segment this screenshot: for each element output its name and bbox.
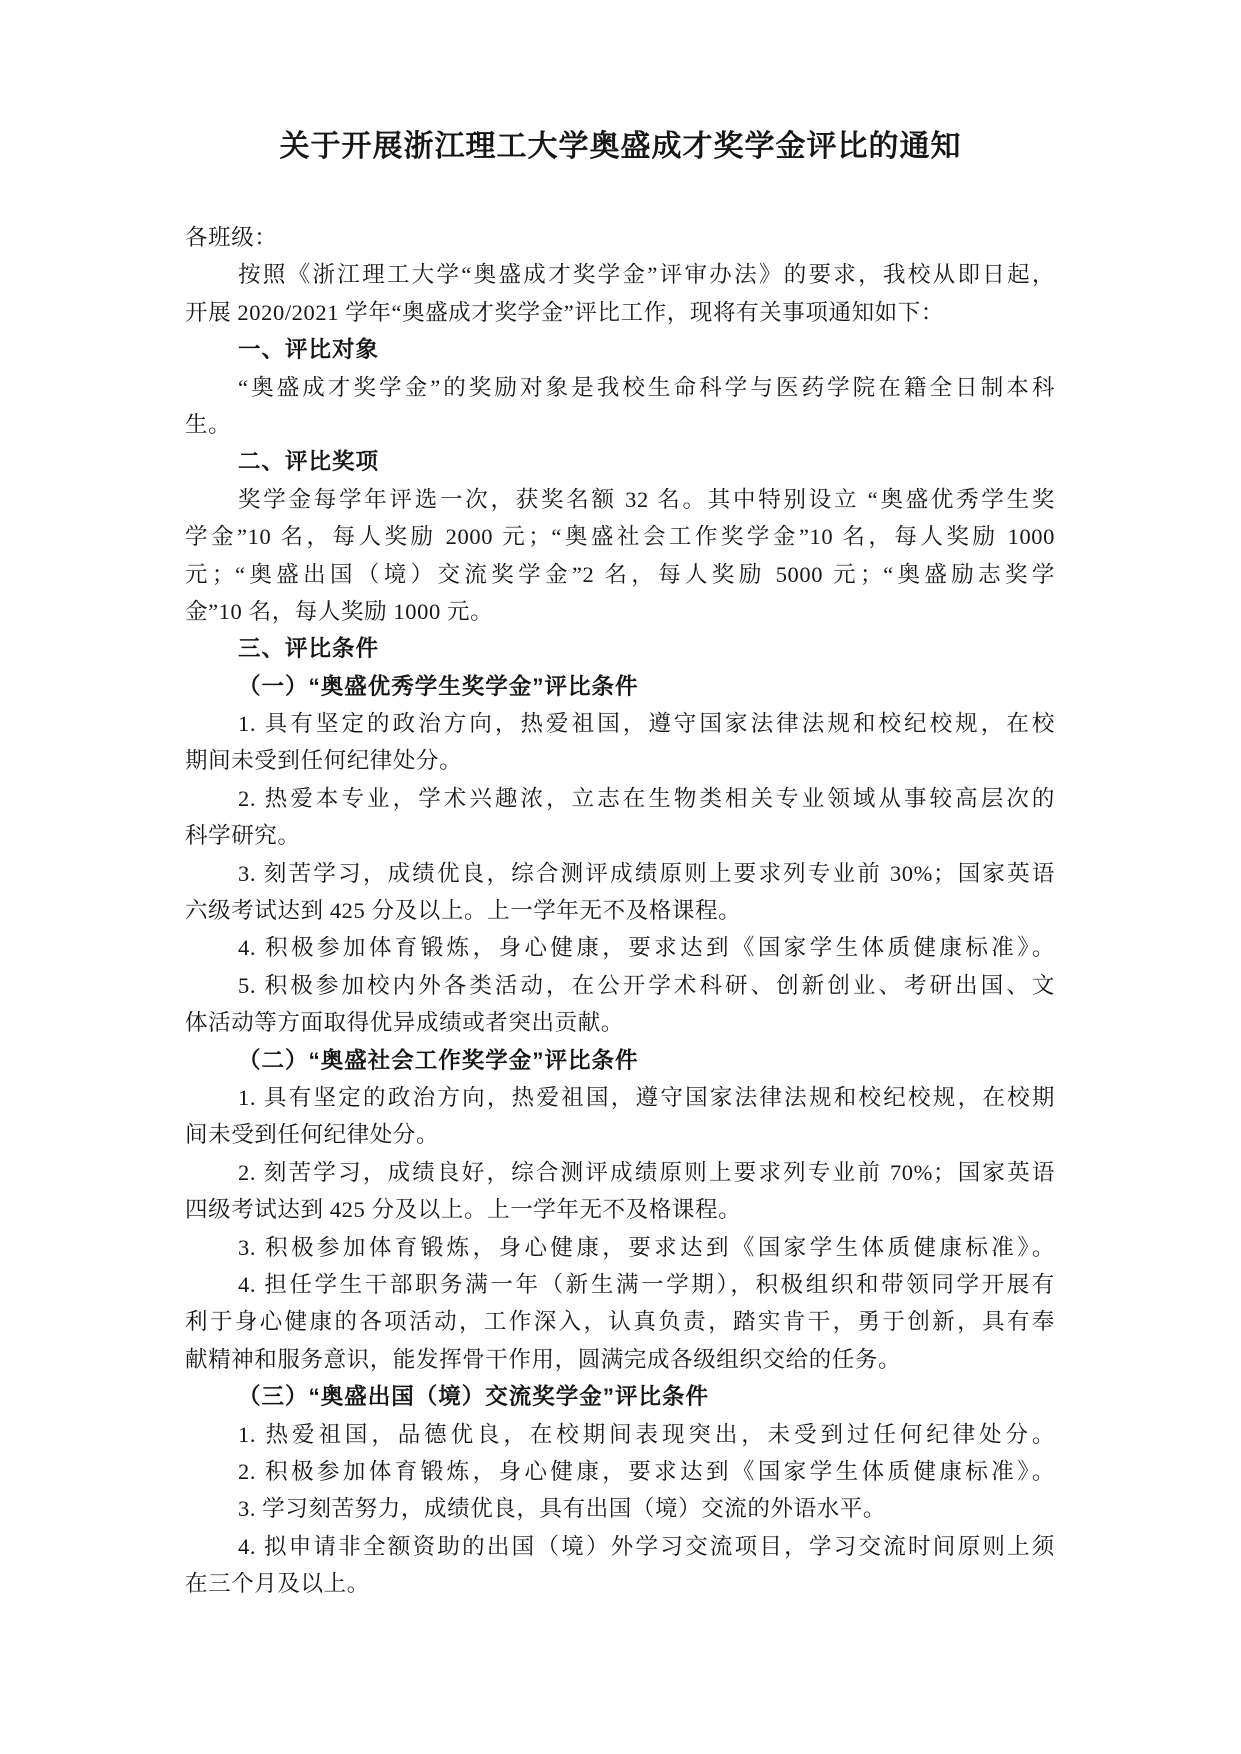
text-line: 按照《浙江理工大学“奥盛成才奖学金”评审办法》的要求，我校从即日起， (185, 256, 1055, 293)
heading-line: （二）“奥盛社会工作奖学金”评比条件 (185, 1042, 1055, 1079)
text-line: 间未受到任何纪律处分。 (185, 1116, 1055, 1153)
heading-line: 二、评比奖项 (185, 443, 1055, 480)
text-line: 利于身心健康的各项活动，工作深入，认真负责，踏实肯干，勇于创新，具有奉 (185, 1303, 1055, 1340)
text-line: 期间未受到任何纪律处分。 (185, 742, 1055, 779)
text-line: 生。 (185, 406, 1055, 443)
text-line: 各班级： (185, 219, 1055, 256)
text-line: 5. 积极参加校内外各类活动，在公开学术科研、创新创业、考研出国、文 (185, 967, 1055, 1004)
text-line: 1. 热爱祖国，品德优良，在校期间表现突出，未受到过任何纪律处分。 (185, 1416, 1055, 1453)
text-line: 开展 2020/2021 学年“奥盛成才奖学金”评比工作，现将有关事项通知如下： (185, 294, 1055, 331)
text-line: 1. 具有坚定的政治方向，热爱祖国，遵守国家法律法规和校纪校规，在校期 (185, 1079, 1055, 1116)
text-line: 2. 刻苦学习，成绩良好，综合测评成绩原则上要求列专业前 70%；国家英语 (185, 1154, 1055, 1191)
text-line: 4. 拟申请非全额资助的出国（境）外学习交流项目，学习交流时间原则上须 (185, 1528, 1055, 1565)
text-line: 金”10 名，每人奖励 1000 元。 (185, 593, 1055, 630)
text-line: 学金”10 名，每人奖励 2000 元；“奥盛社会工作奖学金”10 名，每人奖励… (185, 518, 1055, 555)
text-line: 科学研究。 (185, 817, 1055, 854)
text-line: 3. 刻苦学习，成绩优良，综合测评成绩原则上要求列专业前 30%；国家英语 (185, 855, 1055, 892)
text-line: 2. 积极参加体育锻炼，身心健康，要求达到《国家学生体质健康标准》。 (185, 1453, 1055, 1490)
document-body: 各班级：按照《浙江理工大学“奥盛成才奖学金”评审办法》的要求，我校从即日起，开展… (185, 219, 1055, 1602)
heading-line: 三、评比条件 (185, 630, 1055, 667)
heading-line: 一、评比对象 (185, 331, 1055, 368)
document-title: 关于开展浙江理工大学奥盛成才奖学金评比的通知 (0, 126, 1241, 168)
text-line: 4. 积极参加体育锻炼，身心健康，要求达到《国家学生体质健康标准》。 (185, 929, 1055, 966)
text-line: 四级考试达到 425 分及以上。上一学年无不及格课程。 (185, 1191, 1055, 1228)
text-line: 体活动等方面取得优异成绩或者突出贡献。 (185, 1004, 1055, 1041)
heading-line: （三）“奥盛出国（境）交流奖学金”评比条件 (185, 1378, 1055, 1415)
text-line: 2. 热爱本专业，学术兴趣浓，立志在生物类相关专业领域从事较高层次的 (185, 780, 1055, 817)
text-line: “奥盛成才奖学金”的奖励对象是我校生命科学与医药学院在籍全日制本科 (185, 369, 1055, 406)
text-line: 在三个月及以上。 (185, 1565, 1055, 1602)
text-line: 奖学金每学年评选一次，获奖名额 32 名。其中特别设立 “奥盛优秀学生奖 (185, 481, 1055, 518)
text-line: 3. 积极参加体育锻炼，身心健康，要求达到《国家学生体质健康标准》。 (185, 1229, 1055, 1266)
heading-line: （一）“奥盛优秀学生奖学金”评比条件 (185, 668, 1055, 705)
text-line: 六级考试达到 425 分及以上。上一学年无不及格课程。 (185, 892, 1055, 929)
document-page: 关于开展浙江理工大学奥盛成才奖学金评比的通知 各班级：按照《浙江理工大学“奥盛成… (0, 0, 1241, 1754)
text-line: 1. 具有坚定的政治方向，热爱祖国，遵守国家法律法规和校纪校规，在校 (185, 705, 1055, 742)
text-line: 元；“奥盛出国（境）交流奖学金”2 名，每人奖励 5000 元；“奥盛励志奖学 (185, 556, 1055, 593)
text-line: 3. 学习刻苦努力，成绩优良，具有出国（境）交流的外语水平。 (185, 1490, 1055, 1527)
text-line: 4. 担任学生干部职务满一年（新生满一学期），积极组织和带领同学开展有 (185, 1266, 1055, 1303)
text-line: 献精神和服务意识，能发挥骨干作用，圆满完成各级组织交给的任务。 (185, 1341, 1055, 1378)
